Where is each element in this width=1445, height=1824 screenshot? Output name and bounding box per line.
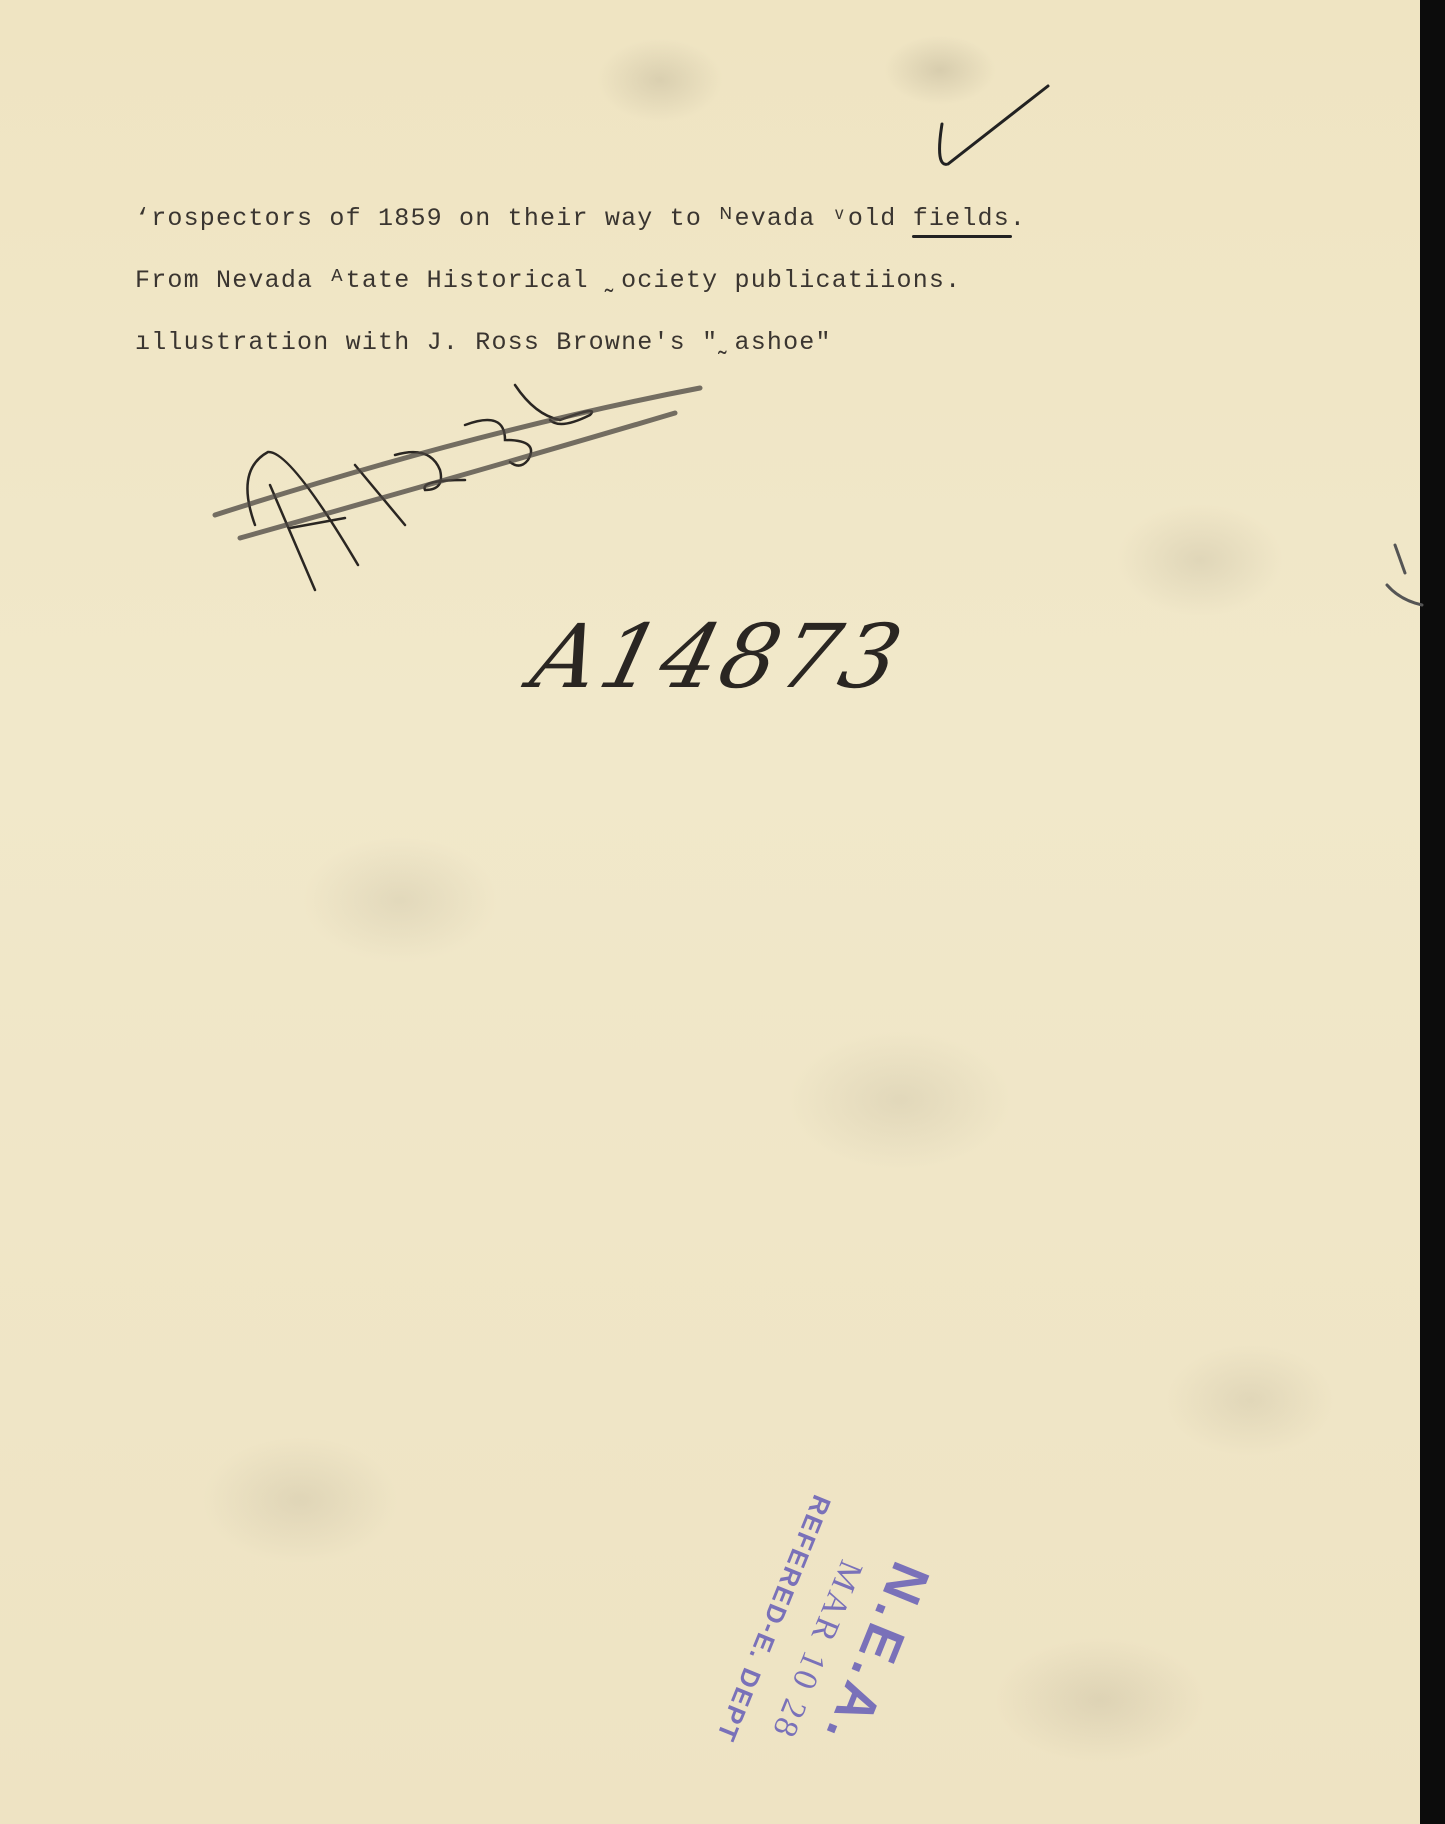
catalog-number: A14873 xyxy=(522,605,915,708)
checkmark-icon xyxy=(940,86,1048,164)
margin-mark xyxy=(1387,545,1422,605)
